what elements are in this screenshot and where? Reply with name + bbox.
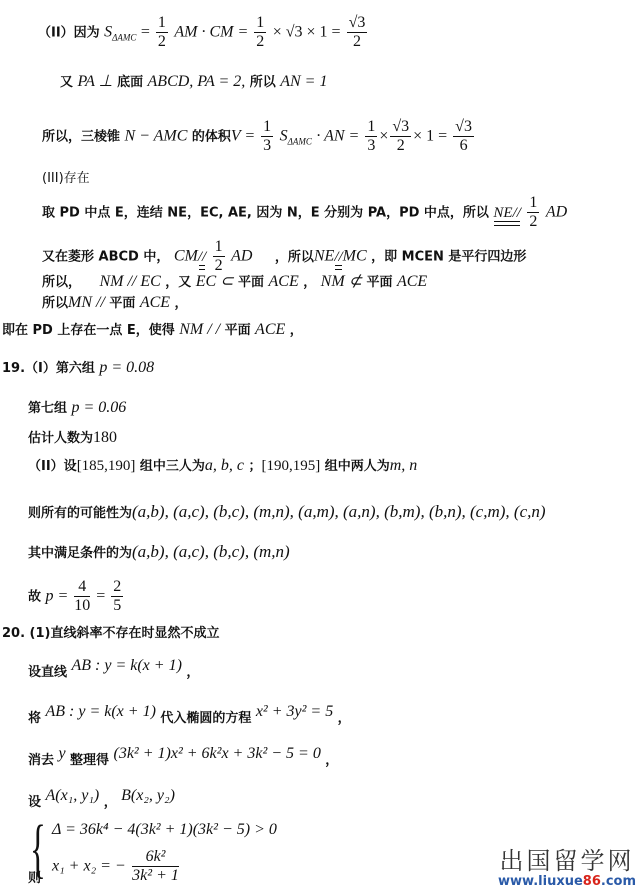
pa-line: 又 PA ⊥ 底面 ABCD, PA = 2, 所以 AN = 1 bbox=[60, 72, 327, 93]
q20-part-1: 20. (1)直线斜率不存在时显然不成立 bbox=[2, 623, 219, 644]
math: NE bbox=[314, 248, 334, 265]
math: 180 bbox=[93, 429, 117, 446]
numerator: 1 bbox=[254, 14, 266, 33]
all-possibilities-line: 则所有的可能性为(a,b), (a,c), (b,c), (m,n), (a,m… bbox=[28, 502, 546, 524]
watermark-logo: 出国留学网 www.liuxue86.com bbox=[498, 847, 636, 889]
text: 组中两人为 bbox=[325, 459, 390, 474]
denominator: 2 bbox=[254, 33, 266, 51]
satisfying-line: 其中满足条件的为(a,b), (a,c), (b,c), (m,n) bbox=[28, 542, 290, 564]
text: ， bbox=[175, 296, 188, 311]
text: ， bbox=[186, 665, 199, 680]
math: NM ⊄ bbox=[321, 273, 362, 290]
math: x₁ + x₂ = − bbox=[52, 858, 126, 875]
numerator: 1 bbox=[365, 118, 377, 137]
math: (3k² + 1)x² + 6k²x + 3k² − 5 = 0 bbox=[114, 745, 321, 762]
math: ACE bbox=[255, 321, 285, 338]
math: AD bbox=[546, 204, 567, 221]
text: 平面 bbox=[238, 275, 264, 290]
part-ii-area-line: （II）因为 SΔAMC = 12 AM · CM = 12 × √3 × 1 … bbox=[38, 14, 369, 51]
math: a, b, c bbox=[205, 457, 244, 474]
text: ； bbox=[248, 459, 261, 474]
denominator: 2 bbox=[527, 213, 539, 231]
text: 设 bbox=[28, 795, 41, 810]
math: = bbox=[92, 588, 109, 605]
fraction: √36 bbox=[453, 118, 474, 155]
numerator: √3 bbox=[347, 14, 368, 33]
text: 其中满足条件的为 bbox=[28, 546, 132, 561]
text: 所以 bbox=[42, 296, 68, 311]
math: ACE bbox=[269, 273, 299, 290]
text: 所以， bbox=[42, 275, 81, 290]
math: ACE bbox=[397, 273, 427, 290]
text: ，又 bbox=[165, 275, 191, 290]
denominator: 2 bbox=[347, 33, 368, 51]
numerator: 4 bbox=[74, 578, 90, 597]
text: 底面 bbox=[117, 75, 143, 90]
math: NM // EC bbox=[99, 273, 160, 290]
numerator: √3 bbox=[390, 118, 411, 137]
text: 将 bbox=[28, 711, 41, 726]
eliminate-y-line: 消去 y 整理得 (3k² + 1)x² + 6k²x + 3k² − 5 = … bbox=[28, 744, 338, 771]
text: ， bbox=[325, 753, 338, 768]
q19-part-i: 19.（I）第六组 p = 0.08 bbox=[2, 358, 154, 379]
math: p = 0.06 bbox=[71, 399, 126, 416]
text: 组中三人为 bbox=[140, 459, 205, 474]
math: y bbox=[58, 745, 65, 762]
text: 所以 bbox=[250, 75, 276, 90]
denominator: 2 bbox=[390, 137, 411, 155]
text: 则所有的可能性为 bbox=[28, 506, 132, 521]
denominator: 3k² + 1 bbox=[132, 867, 179, 885]
text: 又 bbox=[60, 75, 73, 90]
fraction: 12 bbox=[156, 14, 168, 51]
math: S bbox=[280, 128, 288, 145]
text: 平面 bbox=[225, 323, 251, 338]
math: PA ⊥ bbox=[77, 73, 112, 90]
sum-roots-line: x₁ + x₂ = − 6k²3k² + 1 bbox=[52, 848, 181, 885]
parallel-equal: NE// bbox=[493, 203, 521, 223]
parallel-equal: // bbox=[198, 247, 206, 267]
math: ABCD, PA = 2, bbox=[148, 73, 246, 90]
fraction: 6k²3k² + 1 bbox=[132, 848, 179, 885]
numerator: √3 bbox=[453, 118, 474, 137]
math: · AN = bbox=[316, 128, 363, 145]
question-number: 19.（I）第六组 bbox=[2, 361, 95, 376]
text: (III)存在 bbox=[42, 171, 90, 186]
rhombus-line: 又在菱形 ABCD 中， CM// 12 AD ，所以NE//MC ，即 MCE… bbox=[42, 238, 526, 275]
q19-part-ii: （II）设[185,190] 组中三人为a, b, c ；[190,195] 组… bbox=[28, 456, 417, 477]
fraction: 13 bbox=[261, 118, 273, 155]
math: NE bbox=[493, 205, 512, 221]
math: (a,b), (a,c), (b,c), (m,n), (a,m), (a,n)… bbox=[132, 502, 546, 521]
set-line-ab: 设直线 AB : y = k(x + 1) ， bbox=[28, 656, 199, 683]
math: CM bbox=[174, 248, 198, 265]
part-label: （II）因为 bbox=[38, 26, 100, 41]
fraction: 12 bbox=[213, 238, 225, 275]
text: 消去 bbox=[28, 753, 54, 768]
parallel-line: 所以， NM // EC ，又 EC ⊂ 平面 ACE ， NM ⊄ 平面 AC… bbox=[42, 272, 427, 293]
math: EC ⊂ bbox=[196, 273, 234, 290]
math: N − AMC bbox=[124, 128, 187, 145]
math: = bbox=[141, 24, 154, 41]
math: × bbox=[379, 128, 388, 145]
text: ， bbox=[290, 323, 303, 338]
text: 故 bbox=[28, 590, 41, 605]
text: 平面 bbox=[109, 296, 135, 311]
denominator: 6 bbox=[453, 137, 474, 155]
text: ， bbox=[104, 795, 117, 810]
text: 平面 bbox=[367, 275, 393, 290]
url-part: www.liuxue bbox=[498, 874, 583, 889]
numerator: 1 bbox=[261, 118, 273, 137]
numerator: 1 bbox=[527, 194, 539, 213]
math: AB : y = k(x + 1) bbox=[45, 703, 155, 720]
fraction: 410 bbox=[74, 578, 90, 615]
estimate-line: 估计人数为180 bbox=[28, 428, 117, 449]
text: （II）设 bbox=[28, 459, 77, 474]
part-iii-heading: (III)存在 bbox=[42, 168, 90, 189]
watermark-title: 出国留学网 bbox=[498, 847, 636, 875]
denominator: 10 bbox=[74, 597, 90, 615]
fraction: 25 bbox=[111, 578, 123, 615]
text: 整理得 bbox=[70, 753, 109, 768]
text: 则 bbox=[28, 871, 41, 886]
text: ，即 MCEN 是平行四边形 bbox=[371, 250, 526, 265]
math: × √3 × 1 = bbox=[273, 24, 345, 41]
fraction: 13 bbox=[365, 118, 377, 155]
volume-line: 所以，三棱锥 N − AMC 的体积V = 13 SΔAMC · AN = 13… bbox=[42, 118, 476, 155]
math: AD bbox=[231, 248, 252, 265]
subscript: ΔAMC bbox=[288, 137, 312, 147]
fraction: 12 bbox=[527, 194, 539, 231]
math: NM / / bbox=[179, 321, 220, 338]
set-points-line: 设 A(x₁, y₁) ， B(x₂, y₂) bbox=[28, 786, 175, 813]
math: MN // bbox=[68, 294, 105, 311]
group-seven-line: 第七组 p = 0.06 bbox=[28, 398, 126, 419]
text: 设直线 bbox=[28, 665, 67, 680]
fraction: √32 bbox=[390, 118, 411, 155]
math: B(x₂, y₂) bbox=[121, 787, 175, 804]
midpoint-line: 取 PD 中点 E，连结 NE，EC, AE, 因为 N，E 分别为 PA，PD… bbox=[42, 194, 567, 231]
denominator: 3 bbox=[261, 137, 273, 155]
url-highlight: 86 bbox=[583, 874, 601, 889]
math: p = 0.08 bbox=[99, 359, 154, 376]
math: (a,b), (a,c), (b,c), (m,n) bbox=[132, 542, 290, 561]
text: ， bbox=[338, 711, 351, 726]
math: × 1 = bbox=[413, 128, 451, 145]
url-part: .com bbox=[601, 874, 636, 889]
existence-line: 即在 PD 上存在一点 E，使得 NM / / 平面 ACE ， bbox=[2, 320, 303, 341]
text: ，所以 bbox=[275, 250, 314, 265]
text: 又在菱形 ABCD 中， bbox=[42, 250, 169, 265]
math: m, n bbox=[390, 457, 418, 474]
math: V = bbox=[231, 128, 259, 145]
then-label: 则 bbox=[28, 868, 41, 889]
math: A(x₁, y₁) bbox=[45, 787, 99, 804]
text: ， bbox=[303, 275, 316, 290]
denominator: 3 bbox=[365, 137, 377, 155]
substitute-line: 将 AB : y = k(x + 1) 代入椭圆的方程 x² + 3y² = 5… bbox=[28, 702, 351, 729]
math: AM · CM = bbox=[174, 24, 252, 41]
numerator: 6k² bbox=[132, 848, 179, 867]
text: 即在 PD 上存在一点 E，使得 bbox=[2, 323, 175, 338]
math: AB : y = k(x + 1) bbox=[71, 657, 181, 674]
math: MC bbox=[343, 248, 367, 265]
math: // bbox=[513, 205, 521, 221]
parallel-equal: // bbox=[334, 247, 342, 267]
fraction: √32 bbox=[347, 14, 368, 51]
numerator: 2 bbox=[111, 578, 123, 597]
numerator: 1 bbox=[156, 14, 168, 33]
text: 所以，三棱锥 bbox=[42, 130, 120, 145]
math: [190,195] bbox=[261, 458, 320, 474]
watermark-url: www.liuxue86.com bbox=[498, 875, 636, 889]
text: 估计人数为 bbox=[28, 431, 93, 446]
discriminant-line: Δ = 36k⁴ − 4(3k² + 1)(3k² − 5) > 0 bbox=[52, 820, 277, 840]
math: Δ = 36k⁴ − 4(3k² + 1)(3k² − 5) > 0 bbox=[52, 821, 277, 838]
question-number: 20. (1)直线斜率不存在时显然不成立 bbox=[2, 626, 219, 641]
math: p = bbox=[45, 588, 72, 605]
text: 第七组 bbox=[28, 401, 67, 416]
math: S bbox=[104, 24, 112, 41]
denominator: 5 bbox=[111, 597, 123, 615]
text: 的体积 bbox=[192, 130, 231, 145]
fraction: 12 bbox=[254, 14, 266, 51]
conclusion-line: 所以MN // 平面 ACE ， bbox=[42, 293, 188, 314]
math: AN = 1 bbox=[280, 73, 327, 90]
text: 代入椭圆的方程 bbox=[160, 711, 251, 726]
probability-line: 故 p = 410 = 25 bbox=[28, 578, 125, 615]
numerator: 1 bbox=[213, 238, 225, 257]
text: 取 PD 中点 E，连结 NE，EC, AE, 因为 N，E 分别为 PA，PD… bbox=[42, 206, 489, 221]
subscript: ΔAMC bbox=[112, 33, 136, 43]
math: ACE bbox=[140, 294, 170, 311]
math: x² + 3y² = 5 bbox=[256, 703, 333, 720]
math: [185,190] bbox=[77, 458, 136, 474]
denominator: 2 bbox=[156, 33, 168, 51]
